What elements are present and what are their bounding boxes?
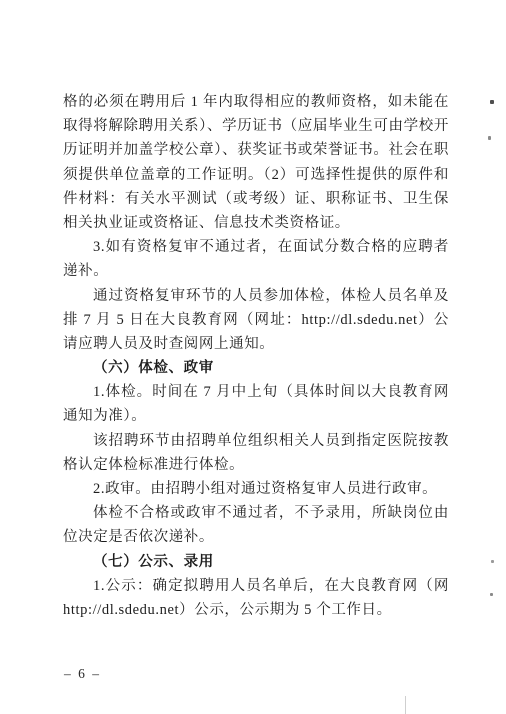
text-line: 取得将解除聘用关系）、学历证书（应届毕业生可由学校开具学 [63,114,449,138]
text-line: 排 7 月 5 日在大良教育网（网址：http://dl.sdedu.net）公… [63,308,449,332]
text-line: 2.政审。由招聘小组对通过资格复审人员进行政审。 [63,477,449,501]
text-line: 体检不合格或政审不通过者，不予录用，所缺岗位由用人单 [63,501,449,525]
text-line: 1.公示：确定拟聘用人员名单后，在大良教育网（网址： [63,574,449,598]
text-line: 须提供单位盖章的工作证明。（2）可选择性提供的原件和复印 [63,163,449,187]
scan-speck [490,593,493,596]
text-line: http://dl.sdedu.net）公示，公示期为 5 个工作日。 [63,598,449,622]
section-heading: （六）体检、政审 [63,356,449,380]
text-line: 格的必须在聘用后 1 年内取得相应的教师资格，如未能在 1 年内 [63,90,449,114]
text-line: 相关执业证或资格证、信息技术类资格证。 [63,211,449,235]
page-number: – 6 – [64,666,101,682]
scan-artifact-line [405,696,406,714]
section-heading: （七）公示、录用 [63,550,449,574]
text-line: 递补。 [63,259,449,283]
text-line: 格认定体检标准进行体检。 [63,453,449,477]
text-line: 通知为准）。 [63,404,449,428]
scan-speck [491,560,494,563]
scan-speck [490,100,494,104]
document-body: 格的必须在聘用后 1 年内取得相应的教师资格，如未能在 1 年内 取得将解除聘用… [63,90,449,622]
text-line: 请应聘人员及时查阅网上通知。 [63,332,449,356]
text-line: 历证明并加盖学校公章）、获奖证书或荣誉证书。社会在职人员 [63,138,449,162]
document-page: 格的必须在聘用后 1 年内取得相应的教师资格，如未能在 1 年内 取得将解除聘用… [0,0,506,714]
text-line: 通过资格复审环节的人员参加体检，体检人员名单及有关安 [63,284,449,308]
text-line: 位决定是否依次递补。 [63,525,449,549]
text-line: 3.如有资格复审不通过者，在面试分数合格的应聘者中依次 [63,235,449,259]
scan-speck [488,136,491,140]
text-line: 件材料：有关水平测试（或考级）证、职称证书、卫生保健人员 [63,187,449,211]
text-line: 该招聘环节由招聘单位组织相关人员到指定医院按教师资 [63,429,449,453]
text-line: 1.体检。时间在 7 月中上旬（具体时间以大良教育网公布的 [63,380,449,404]
